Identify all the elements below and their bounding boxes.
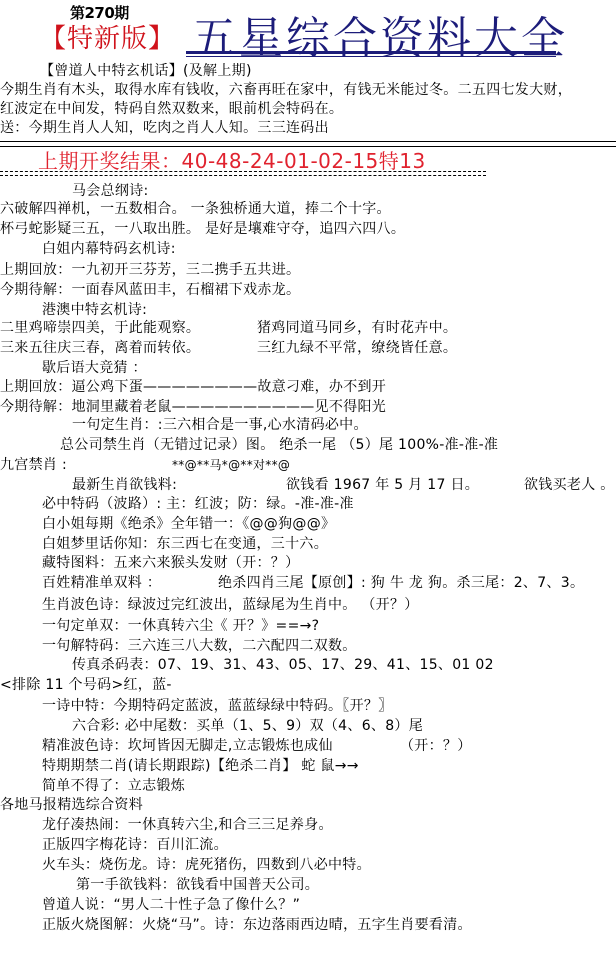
intro-line: 送：今期生肖人人知，吃肉之肖人人知。三三连码出 — [0, 119, 329, 137]
riddle-line: 上期回放：逼公鸡下蛋————————故意刁难，办不到开 — [0, 378, 386, 396]
text-line: 特期期禁二肖(请长期跟踪)【绝杀二肖】 蛇 鼠→→ — [42, 757, 359, 775]
text-value: 绝杀四肖三尾【原创】: 狗 牛 龙 狗。杀三尾：2、7、3。 — [218, 574, 584, 592]
text-line: 曾道人说：“男人二十性子急了像什么？” — [42, 896, 300, 914]
text-line: 第一手欲钱料：欲钱看中国普天公司。 — [76, 876, 319, 894]
section-title: 白姐内幕特码玄机诗: — [42, 240, 176, 258]
intro-line: 红波定在中间发，特码自然双数来，眼前机会特码在。 — [0, 100, 343, 118]
intro-heading: 【曾道人中特玄机话】(及解上期) — [40, 62, 252, 80]
poem-line: 三来五往庆三春，离着而转依。 — [0, 339, 200, 357]
text-value: **@**马*@**对**@ — [172, 456, 290, 474]
poem-line: 杯弓蛇影疑三五，一八取出胜。 是好是壤难守夺，追四六四八。 — [0, 220, 405, 238]
poem-line: 三红九绿不平常，缭绕皆任意。 — [257, 339, 457, 357]
text-line: 一句定单双：一休真转六尘《 开？》==→? — [42, 617, 319, 635]
edition-badge: 【特新版】 — [40, 18, 175, 55]
text-value: 欲钱看 1967 年 5 月 17 日。 — [286, 476, 479, 494]
text-line: 白小姐每期《绝杀》全年错一：《@@狗@@》 — [42, 515, 335, 533]
poem-line: 今期待解：一面春风蓝田丰，石榴裙下戏赤龙。 — [0, 281, 300, 299]
poem-line: 猪鸡同道马同乡，有时花卉中。 — [257, 319, 457, 337]
riddle-line: 今期待解：地洞里藏着老鼠——————————见不得阳光 — [0, 398, 386, 416]
text-line: 一句解特码：三六连三八大数，二六配四二双数。 — [42, 637, 357, 655]
text-line: 总公司禁生肖（无错过记录）图。 绝杀一尾 （5）尾 100%-准-准-准 — [60, 436, 498, 454]
title-underline-thin — [186, 56, 556, 57]
text-line: 龙仔凑热闹：一休真转六尘,和合三三足养身。 — [42, 816, 333, 834]
text-line: <排除 11 个号码>红，蓝- — [0, 676, 172, 694]
result-label: 上期开奖结果： — [38, 149, 182, 173]
text-line: 正版火烧图解：火烧“马”。诗：东边落雨西边晴，五字生肖要看清。 — [42, 916, 472, 934]
intro-line: 今期生肖有木头，取得水库有钱收，六畜再旺在家中，有钱无米能过冬。二五四七发大财， — [0, 81, 572, 99]
text-value: 欲钱买老人 。 — [524, 476, 615, 494]
text-line: 必中特码（波路）: 主：红波；防：绿。-准-准-准 — [42, 495, 354, 513]
section-title: 各地马报精选综合资料 — [0, 796, 143, 814]
text-line: 生肖波色诗：绿波过完红波出，蓝绿尾为生肖中。 （开？） — [42, 596, 419, 614]
text-line: 火车头：烧伤龙。诗：虎死猪伤，四数到八必中特。 — [42, 856, 371, 874]
section-title: 歇后语大竞猜 ： — [42, 359, 147, 377]
poem-line: 二里鸡啼崇四美，于此能观察。 — [0, 319, 200, 337]
section-title: 马会总纲诗: — [72, 182, 149, 200]
poem-line: 上期回放：一九初开三芬芳，三二携手五共进。 — [0, 261, 300, 279]
last-draw-result: 上期开奖结果：40-48-24-01-02-15特13 — [38, 145, 426, 174]
divider-dashed — [0, 171, 486, 176]
text-label: 百姓精准单双料 ： — [42, 574, 161, 592]
text-value: （开：？） — [400, 737, 472, 755]
text-line: 正版四字梅花诗：百川汇流。 — [42, 836, 228, 854]
title-underline — [186, 51, 556, 54]
section-title: 港澳中特玄机诗: — [42, 301, 147, 319]
result-numbers: 40-48-24-01-02-15特13 — [182, 149, 426, 173]
text-line: 一句定生肖：:三六相合是一事,心水清码必中。 — [72, 416, 368, 434]
text-label: 最新生肖欲钱料: — [72, 476, 177, 494]
text-line: 传真杀码表：07、19、31、43、05、17、29、41、15、01 02 — [72, 656, 494, 674]
text-line: 一诗中特：今期特码定蓝波，蓝蓝绿绿中特码。〖开？〗 — [42, 697, 393, 715]
text-line: 简单不得了：立志锻炼 — [42, 777, 185, 795]
text-label: 九宫禁肖 : — [0, 456, 67, 474]
text-line: 精准波色诗：坎坷皆因无脚走,立志锻炼也成仙 — [42, 737, 333, 755]
text-line: 六合彩: 必中尾数：买单（1、5、9）双（4、6、8）尾 — [72, 717, 423, 735]
text-line: 藏特图料：五来六来猴头发财（开：？） — [42, 554, 299, 572]
poem-line: 六破解四禅机，一五数相合。 一条独桥通大道，捧二个十字。 — [0, 200, 391, 218]
text-line: 白姐梦里话你知：东三西七在变通，三十六。 — [42, 535, 328, 553]
